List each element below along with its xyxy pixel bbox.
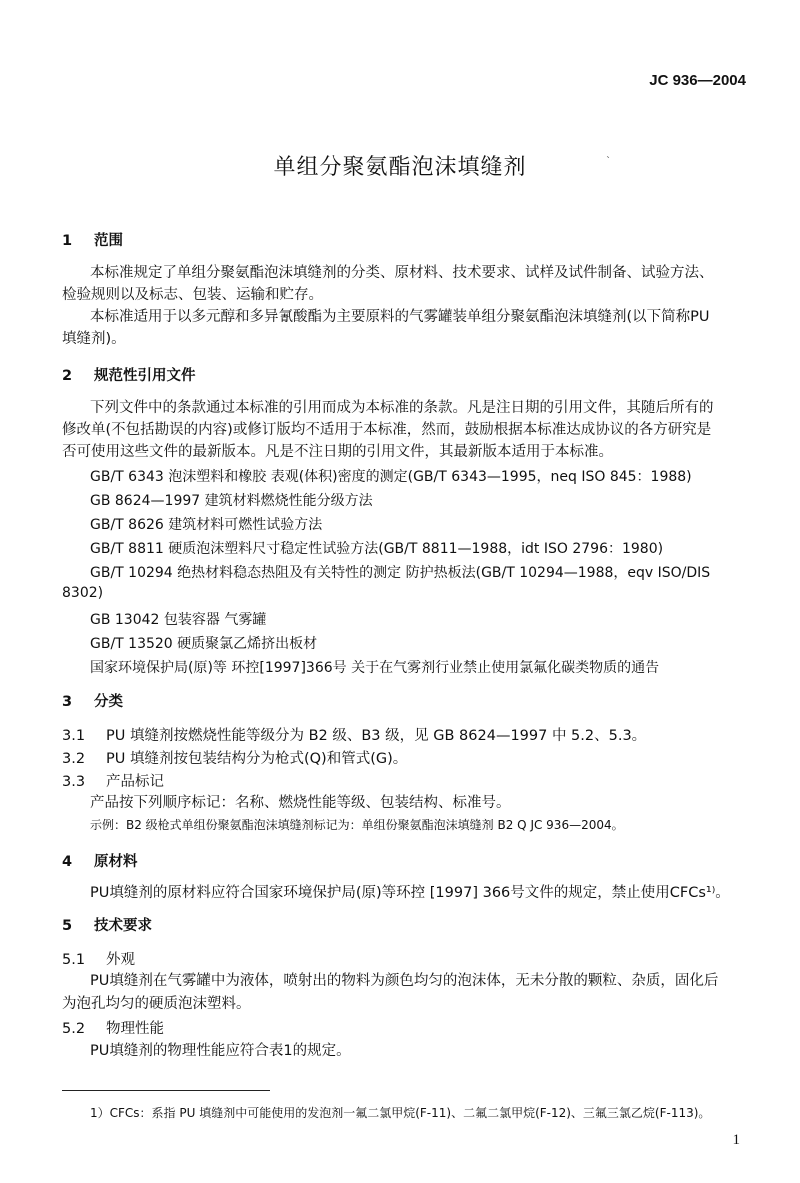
clause-3-3: 3.3产品标记 [62,770,164,791]
reference-item: GB 13042 包装容器 气雾罐 [90,609,266,629]
clause-text: PU 填缝剂按燃烧性能等级分为 B2 级、B3 级，见 GB 8624—1997… [106,728,646,744]
paragraph-line: 下列文件中的条款通过本标准的引用而成为本标准的条款。凡是注日期的引用文件，其随后… [90,397,714,419]
reference-item: GB/T 6343 泡沫塑料和橡胶 表观(体积)密度的测定(GB/T 6343—… [90,466,692,486]
clause-title: 外观 [106,952,135,968]
paragraph-line: 检验规则以及标志、包装、运输和贮存。 [62,284,323,306]
paragraph-line: 否可使用这些文件的最新版本。凡是不注日期的引用文件，其最新版本适用于本标准。 [62,441,613,463]
section-number: 1 [62,233,94,249]
clause-number: 3.3 [62,774,106,790]
clause-3-1: 3.1PU 填缝剂按燃烧性能等级分为 B2 级、B3 级，见 GB 8624—1… [62,724,646,745]
section-number: 3 [62,694,94,710]
section-4-heading: 4原材料 [62,850,138,871]
page-number: 1 [733,1132,741,1149]
section-number: 2 [62,368,94,384]
section-number: 4 [62,854,94,870]
clause-number: 3.1 [62,728,106,744]
reference-item: GB/T 13520 硬质聚氯乙烯挤出板材 [90,633,317,653]
section-2-heading: 2规范性引用文件 [62,364,196,385]
paragraph-line: 填缝剂)。 [62,328,126,350]
clause-number: 5.1 [62,952,106,968]
standard-number: JC 936—2004 [649,72,746,89]
section-title: 分类 [94,694,123,710]
document-title: 单组分聚氨酯泡沫填缝剂 [0,150,800,181]
paragraph-line: PU填缝剂的物理性能应符合表1的规定。 [90,1040,351,1062]
paragraph-line: 修改单(不包括勘误的内容)或修订版均不适用于本标准，然而，鼓励根据本标准达成协议… [62,419,711,441]
paragraph-line: PU填缝剂在气雾罐中为液体，喷射出的物料为颜色均匀的泡沫体，无未分散的颗粒、杂质… [90,970,718,992]
paragraph-line: 本标准规定了单组分聚氨酯泡沫填缝剂的分类、原材料、技术要求、试样及试件制备、试验… [90,262,714,284]
scan-speck: ˋ [606,156,611,167]
section-5-heading: 5技术要求 [62,914,152,935]
clause-5-2: 5.2物理性能 [62,1017,164,1038]
section-3-heading: 3分类 [62,690,123,711]
paragraph-line: 产品按下列顺序标记：名称、燃烧性能等级、包装结构、标准号。 [90,792,511,814]
section-title: 范围 [94,233,123,249]
reference-item: GB/T 8626 建筑材料可燃性试验方法 [90,514,322,534]
clause-title: 产品标记 [106,774,164,790]
reference-item: GB 8624—1997 建筑材料燃烧性能分级方法 [90,490,373,510]
footnote: 1）CFCs：系指 PU 填缝剂中可能使用的发泡剂一氟二氯甲烷(F-11)、二氟… [90,1104,710,1121]
reference-item: 国家环境保护局(原)等 环控[1997]366号 关于在气雾剂行业禁止使用氯氟化… [90,657,659,677]
section-title: 原材料 [94,854,138,870]
clause-number: 5.2 [62,1021,106,1037]
footnote-divider [62,1090,270,1091]
clause-title: 物理性能 [106,1021,164,1037]
paragraph-line: 本标准适用于以多元醇和多异氰酸酯为主要原料的气雾罐装单组分聚氨酯泡沫填缝剂(以下… [90,306,710,328]
paragraph-line: 为泡孔均匀的硬质泡沫塑料。 [62,993,251,1015]
paragraph-line: PU填缝剂的原材料应符合国家环境保护局(原)等环控 [1997] 366号文件的… [90,882,730,904]
clause-3-2: 3.2PU 填缝剂按包装结构分为枪式(Q)和管式(G)。 [62,747,407,768]
section-title: 技术要求 [94,918,152,934]
reference-item: GB/T 8811 硬质泡沫塑料尺寸稳定性试验方法(GB/T 8811—1988… [90,538,663,558]
section-number: 5 [62,918,94,934]
reference-item: GB/T 10294 绝热材料稳态热阻及有关特性的测定 防护热板法(GB/T 1… [90,562,710,582]
section-title: 规范性引用文件 [94,368,196,384]
clause-5-1: 5.1外观 [62,948,135,969]
example-line: 示例：B2 级枪式单组份聚氨酯泡沫填缝剂标记为：单组份聚氨酯泡沫填缝剂 B2 Q… [90,816,624,833]
section-1-heading: 1范围 [62,229,123,250]
reference-item-continuation: 8302) [62,585,103,601]
clause-text: PU 填缝剂按包装结构分为枪式(Q)和管式(G)。 [106,751,407,767]
clause-number: 3.2 [62,751,106,767]
